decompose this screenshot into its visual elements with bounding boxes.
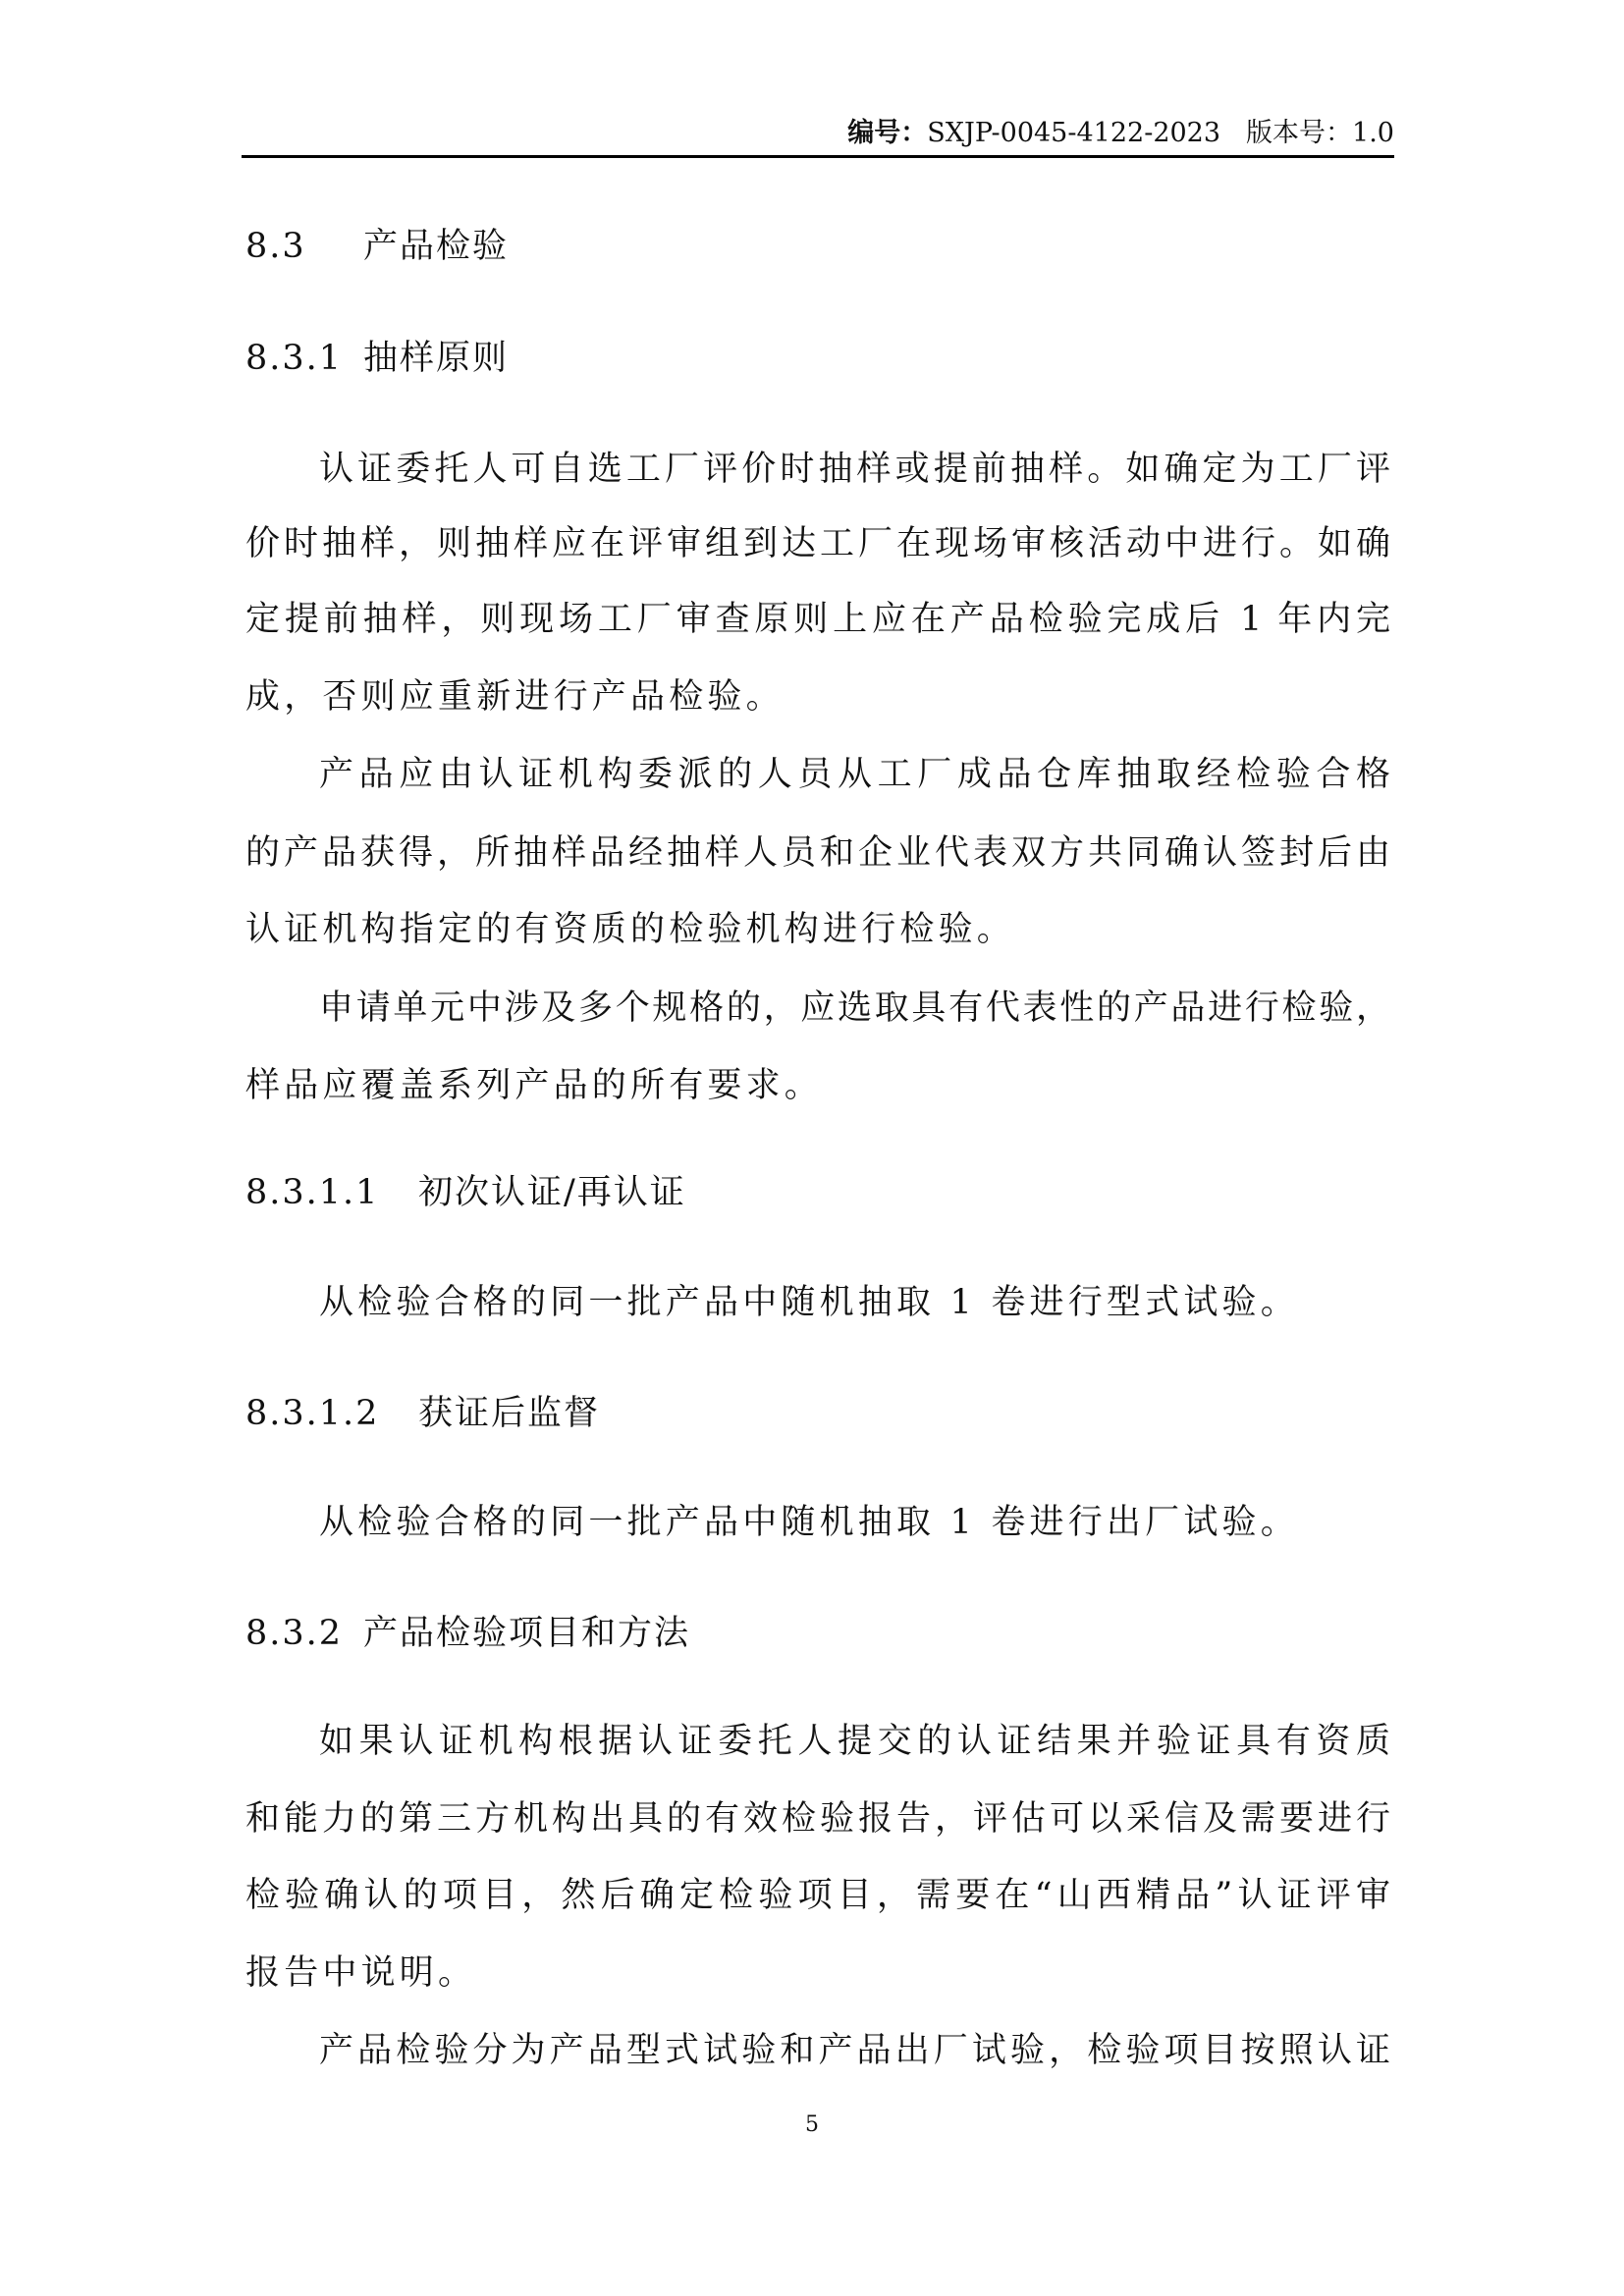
section-number: 8.3: [245, 225, 363, 268]
paragraph-line: 和能力的第三方机构出具的有效检验报告，评估可以采信及需要进行: [245, 1797, 1390, 1841]
section-heading-8-3-1-2: 8.3.1.2获证后监督: [245, 1392, 1390, 1435]
paragraph-line: 从检验合格的同一批产品中随机抽取 1 卷进行型式试验。: [245, 1281, 1390, 1324]
version-label: 版本号：: [1246, 118, 1352, 148]
paragraph-line: 定提前抽样，则现场工厂审查原则上应在产品检验完成后 1 年内完: [245, 598, 1390, 641]
section-title: 产品检验项目和方法: [363, 1614, 690, 1653]
document-header: 编号：SXJP-0045-4122-2023版本号：1.0: [242, 112, 1394, 155]
paragraph-line: 检验确认的项目，然后确定检验项目，需要在“山西精品”认证评审: [245, 1874, 1390, 1917]
section-title: 产品检验: [363, 227, 509, 266]
paragraph-line: 认证机构指定的有资质的检验机构进行检验。: [245, 908, 1390, 951]
paragraph-line: 产品检验分为产品型式试验和产品出厂试验，检验项目按照认证: [245, 2029, 1390, 2072]
section-heading-8-3: 8.3产品检验: [245, 225, 1390, 268]
paragraph-line: 申请单元中涉及多个规格的，应选取具有代表性的产品进行检验，: [245, 987, 1390, 1030]
paragraph-line: 认证委托人可自选工厂评价时抽样或提前抽样。如确定为工厂评: [245, 448, 1390, 491]
paragraph-line: 报告中说明。: [245, 1951, 1390, 1995]
document-code: SXJP-0045-4122-2023: [927, 118, 1220, 148]
section-number: 8.3.1.1: [245, 1171, 418, 1214]
section-title: 抽样原则: [363, 339, 509, 378]
paragraph-line: 样品应覆盖系列产品的所有要求。: [245, 1064, 1390, 1107]
paragraph-line: 成，否则应重新进行产品检验。: [245, 675, 1390, 719]
section-number: 8.3.2: [245, 1612, 363, 1655]
version-number: 1.0: [1352, 118, 1394, 148]
paragraph-line: 价时抽样，则抽样应在评审组到达工厂在现场审核活动中进行。如确: [245, 522, 1390, 565]
section-title: 获证后监督: [418, 1394, 600, 1433]
section-heading-8-3-1-1: 8.3.1.1初次认证/再认证: [245, 1171, 1390, 1214]
section-heading-8-3-1: 8.3.1抽样原则: [245, 337, 1390, 380]
paragraph-line: 的产品获得，所抽样品经抽样人员和企业代表双方共同确认签封后由: [245, 831, 1390, 875]
section-number: 8.3.1.2: [245, 1392, 418, 1435]
section-heading-8-3-2: 8.3.2产品检验项目和方法: [245, 1612, 1390, 1655]
paragraph-line: 从检验合格的同一批产品中随机抽取 1 卷进行出厂试验。: [245, 1501, 1390, 1544]
page-number: 5: [0, 2110, 1624, 2140]
header-rule: [242, 155, 1394, 158]
document-code-label: 编号：: [847, 118, 927, 148]
section-number: 8.3.1: [245, 337, 363, 380]
section-title: 初次认证/再认证: [418, 1173, 686, 1212]
paragraph-line: 产品应由认证机构委派的人员从工厂成品仓库抽取经检验合格: [245, 753, 1390, 796]
paragraph-line: 如果认证机构根据认证委托人提交的认证结果并验证具有资质: [245, 1720, 1390, 1763]
